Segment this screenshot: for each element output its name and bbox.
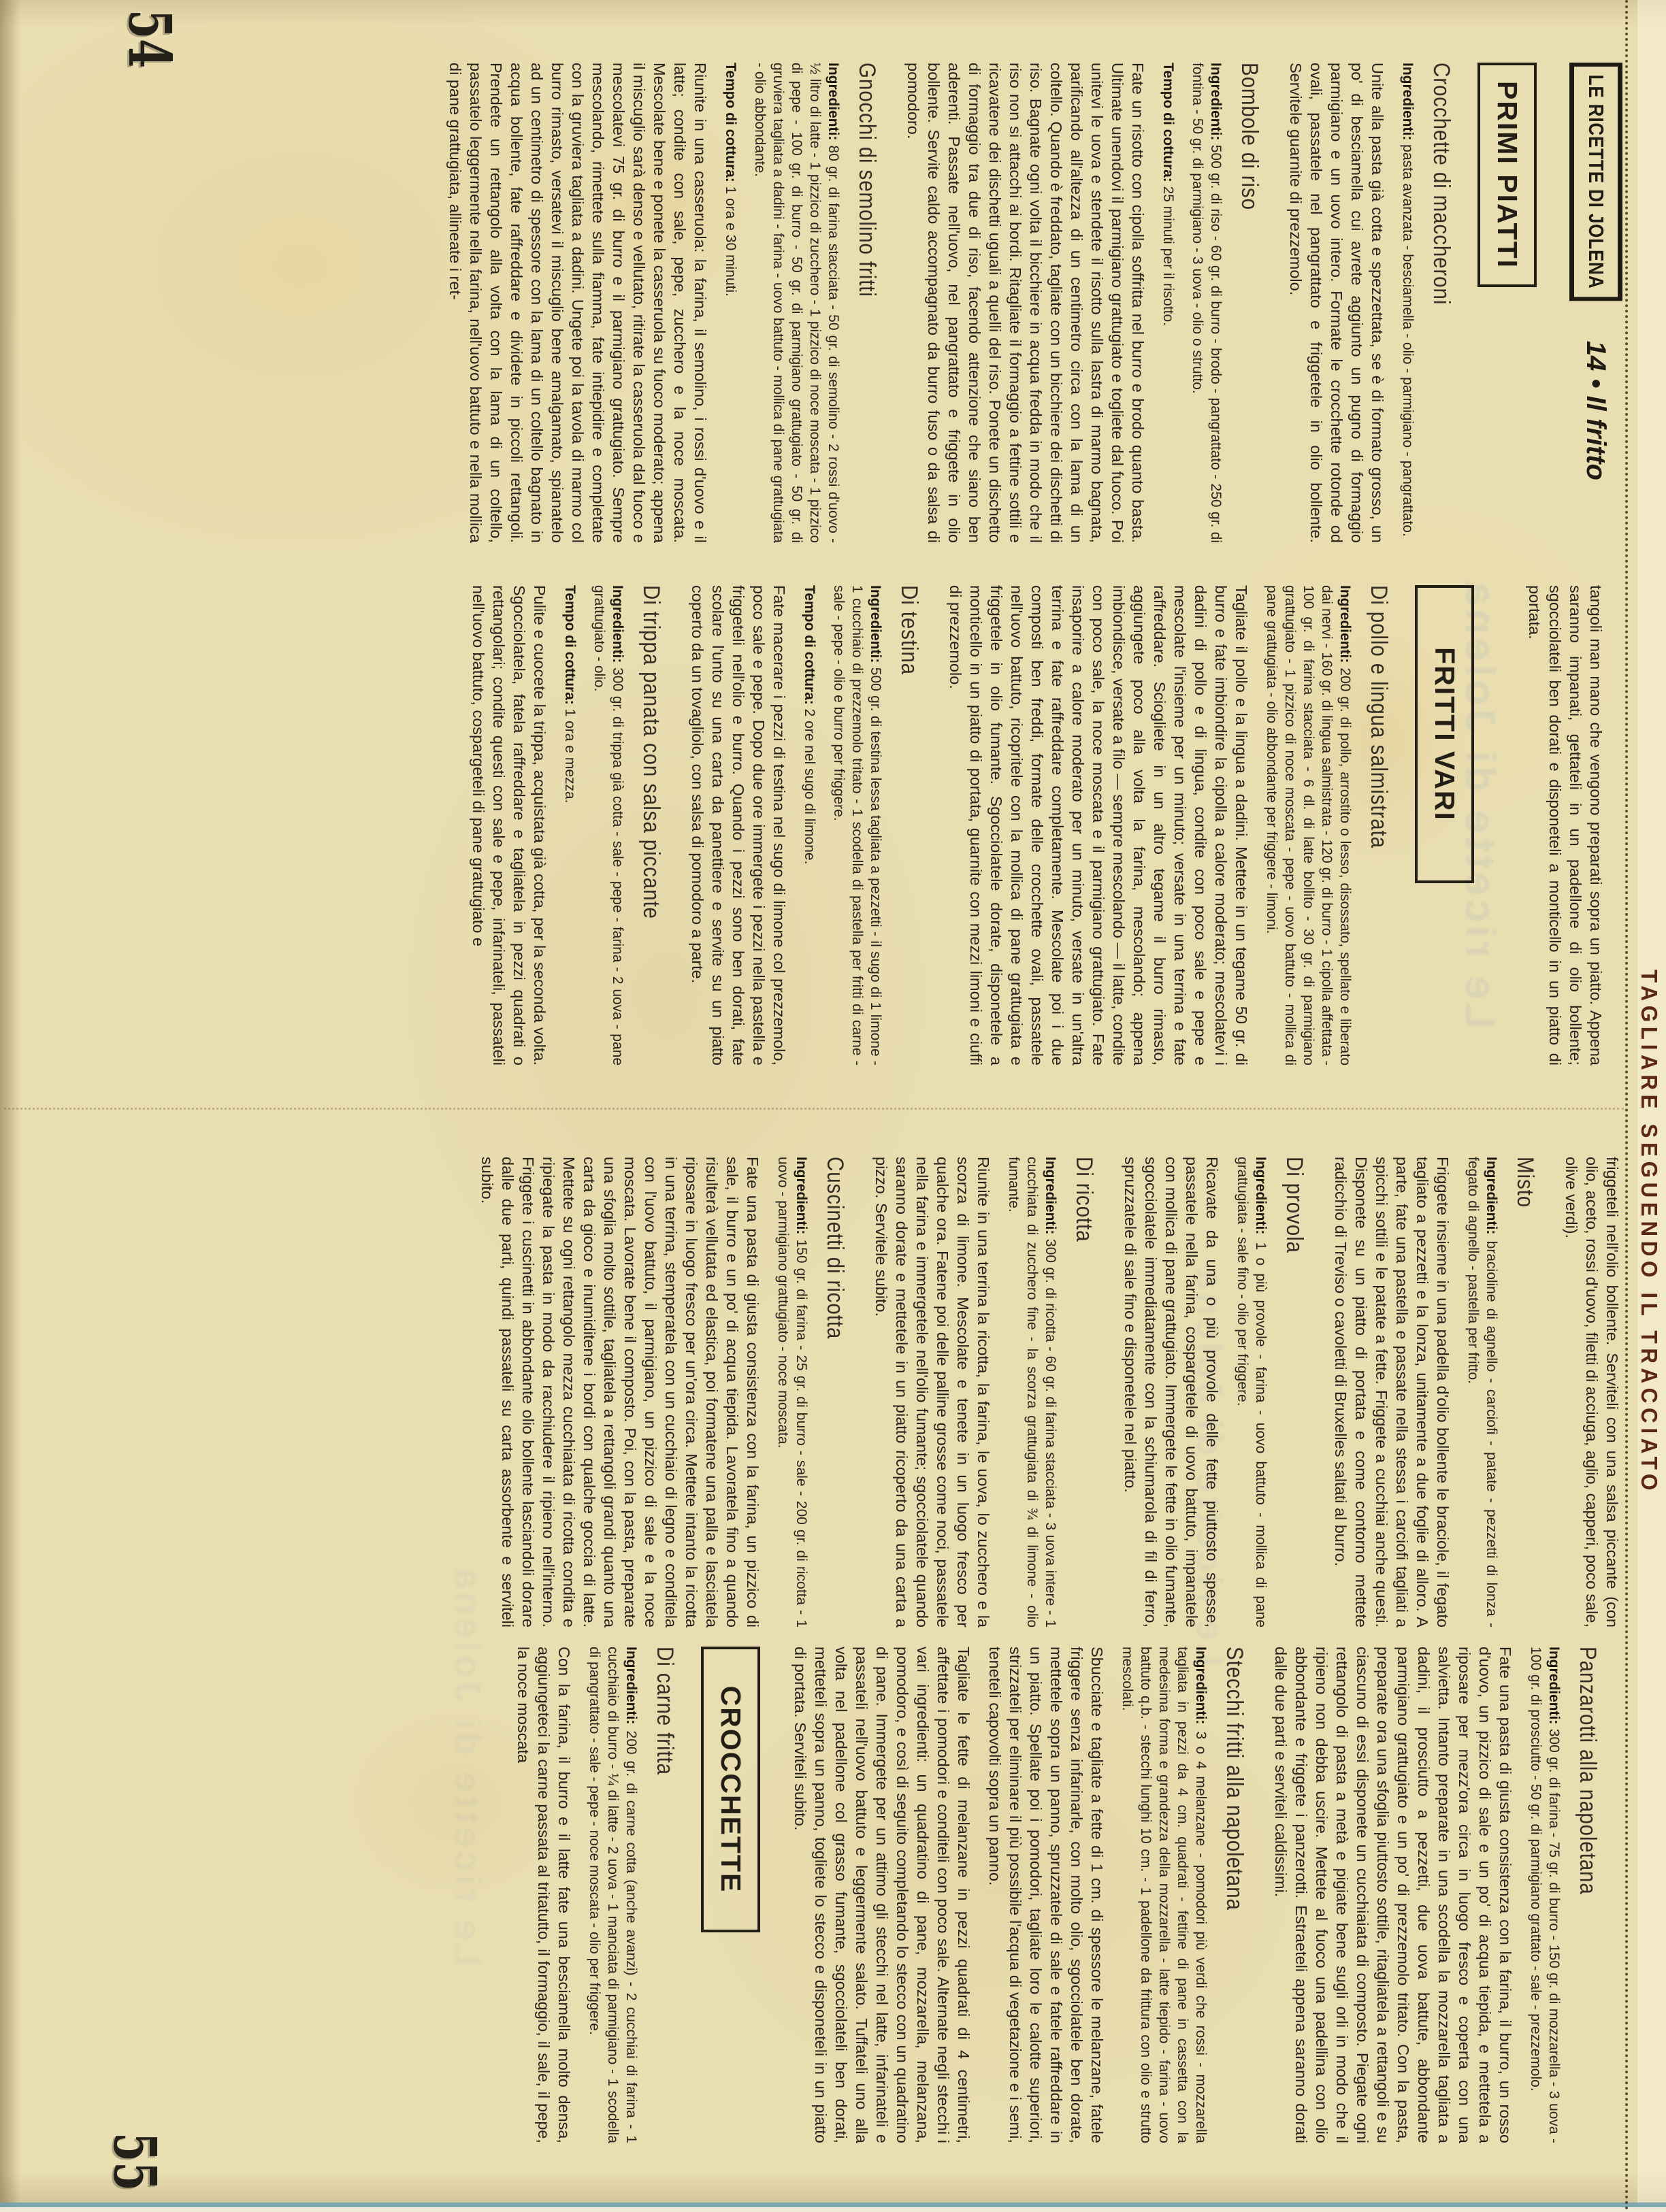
recipe-body-paragraph: Tagliate le fette di melanzane in pezzi … bbox=[790, 1647, 974, 2143]
recipe-body-paragraph: Fate macerare i pezzi di testina nel sug… bbox=[687, 585, 789, 1066]
recipe-title: Di carne fritta bbox=[651, 1647, 678, 2079]
recipe-body-paragraph: Ricavate da una o più provole delle fett… bbox=[1120, 1157, 1222, 1628]
recipe-title: Stecchi fritti alla napoletana bbox=[1221, 1647, 1247, 2079]
recipe-stecchi: Stecchi fritti alla napoletanaIngredient… bbox=[790, 1647, 1247, 2143]
page-number-54: 54 bbox=[115, 10, 184, 68]
recipe-spread-sheet: TAGLIARE SEGUENDO IL TRACCIATO Le ricett… bbox=[0, 0, 1666, 2212]
recipe-ingredients: Ingredienti: 1 o più provole - farina - … bbox=[1233, 1157, 1270, 1628]
recipe-title: Panzarotti alla napoletana bbox=[1574, 1647, 1601, 2079]
ingredients-label: Ingredienti: bbox=[610, 585, 625, 667]
recipe-body-paragraph: Fate un risotto con cipolla soffritta ne… bbox=[903, 63, 1148, 543]
recipe-cooking-time: Tempo di cottura: 1 ora e mezza. bbox=[561, 585, 579, 1066]
recipe-cooking-time: Tempo di cottura: 1 ora e 30 minuti. bbox=[721, 63, 740, 543]
recipe-ingredients: Ingredienti: 150 gr. di farina - 25 gr. … bbox=[774, 1157, 811, 1628]
recipe-body-paragraph: Riunite in una terrina la ricotta, la fa… bbox=[871, 1157, 994, 1628]
section-header-fritti-vari: FRITTI VARI bbox=[1415, 585, 1474, 883]
page-number-55: 55 bbox=[100, 2132, 169, 2191]
recipe-ingredients: Ingredienti: 200 gr. di pollo, arrostito… bbox=[1262, 585, 1354, 1066]
ingredients-label: Ingredienti: bbox=[1484, 1157, 1499, 1241]
recipe-body-paragraph: Riunite in una casseruola: la farina, il… bbox=[445, 63, 710, 543]
ingredients-label: Ingredienti: bbox=[1400, 63, 1416, 144]
column-1: LE RICETTE DI JOLENA14 • Il frittoPRIMI … bbox=[37, 63, 1622, 543]
recipe-title: Di pollo e lingua salmistrata bbox=[1365, 585, 1392, 1003]
recipe-misto: MistoIngredienti: bracioline di agnello … bbox=[1330, 1157, 1538, 1628]
recipe-body-paragraph: Con la farina, il burro e il latte fate … bbox=[513, 1647, 574, 2143]
magazine-banner: LE RICETTE DI JOLENA14 • Il fritto bbox=[1569, 63, 1622, 543]
recipe-title: Gnocchi di semolino fritti bbox=[853, 63, 880, 480]
recipe-body-continuation: tangoli man mano che vengono preparati s… bbox=[1524, 585, 1606, 1066]
cut-instruction-label: TAGLIARE SEGUENDO IL TRACCIATO bbox=[1636, 970, 1662, 1495]
recipe-ingredients: Ingredienti: 3 o 4 melanzane - pomodori … bbox=[1118, 1647, 1210, 2143]
cooking-time-label: Tempo di cottura: bbox=[802, 585, 817, 709]
ingredients-label: Ingredienti: bbox=[1337, 585, 1353, 667]
dotted-cut-line bbox=[1625, 0, 1628, 2212]
recipe-title: Bombole di riso bbox=[1236, 63, 1262, 480]
recipe-title: Di ricotta bbox=[1071, 1157, 1097, 1566]
recipe-carne-fritta: Di carne frittaIngredienti: 200 gr. di c… bbox=[513, 1647, 678, 2143]
recipe-body-paragraph: Fate una pasta di giusta consistenza con… bbox=[1271, 1647, 1516, 2143]
ingredients-label: Ingredienti: bbox=[1193, 1647, 1209, 1732]
recipe-body-paragraph: Pulite e cuocete la trippa, acquistata g… bbox=[468, 585, 550, 1066]
ingredients-label: Ingredienti: bbox=[1546, 1647, 1562, 1729]
ingredients-label: Ingredienti: bbox=[1208, 63, 1224, 145]
recipe-title: Misto bbox=[1512, 1157, 1538, 1566]
recipe-body-paragraph: Unite alla pasta già cotta e spezzettata… bbox=[1286, 63, 1388, 543]
recipe-testina: Di testinaIngredienti: 500 gr. di testin… bbox=[687, 585, 922, 1066]
column-3: friggeteli nell'olio bollente. Serviteli… bbox=[37, 1157, 1622, 1628]
recipe-pollo-lingua: Di pollo e lingua salmistrataIngredienti… bbox=[945, 585, 1392, 1066]
recipe-trippa: Di trippa panata con salsa piccanteIngre… bbox=[468, 585, 664, 1066]
ingredients-label: Ingredienti: bbox=[826, 63, 841, 146]
recipe-ingredients: Ingredienti: pasta avanzata - besciamell… bbox=[1399, 63, 1417, 543]
recipe-cooking-time: Tempo di cottura: 25 minuti per il risot… bbox=[1159, 63, 1177, 543]
recipe-ingredients: Ingredienti: 300 gr. di ricotta - 60 gr.… bbox=[1004, 1157, 1060, 1628]
banner-series-title: LE RICETTE DI JOLENA bbox=[1569, 63, 1622, 301]
recipe-ingredients: Ingredienti: 500 gr. di testina lessa ta… bbox=[830, 585, 885, 1066]
cooking-time-label: Tempo di cottura: bbox=[562, 585, 578, 709]
ingredients-label: Ingredienti: bbox=[623, 1647, 639, 1731]
column-4: Panzarotti alla napoletanaIngredienti: 3… bbox=[35, 1647, 1601, 2143]
recipe-body-paragraph: Friggete insieme in una padella d'olio b… bbox=[1330, 1157, 1453, 1628]
recipe-ingredients: Ingredienti: bracioline di agnello - car… bbox=[1464, 1157, 1501, 1628]
recipe-body-paragraph: Fate una pasta di giusta consistenza con… bbox=[477, 1157, 763, 1628]
recipe-title: Di testina bbox=[896, 585, 922, 1003]
scanned-magazine-page: { "page": { "magazine_header": { "series… bbox=[0, 0, 1666, 2212]
cooking-time-label: Tempo di cottura: bbox=[723, 63, 738, 186]
banner-issue-topic: 14 • Il fritto bbox=[1581, 341, 1612, 480]
recipe-body-paragraph: Tagliate il pollo e la lingua a dadini. … bbox=[945, 585, 1252, 1066]
recipe-title: Cuscinetti di ricotta bbox=[821, 1157, 848, 1566]
recipe-ingredients: Ingredienti: 80 gr. di farina stacciata … bbox=[751, 63, 843, 543]
recipe-body-continuation: friggeteli nell'olio bollente. Serviteli… bbox=[1561, 1157, 1622, 1628]
recipe-crocchette-maccheroni: Crocchette di maccheroniIngredienti: pas… bbox=[1286, 63, 1454, 543]
ingredients-label: Ingredienti: bbox=[1253, 1157, 1269, 1242]
recipe-ingredients: Ingredienti: 300 gr. di trippa già cotta… bbox=[590, 585, 627, 1066]
recipe-provola: Di provolaIngredienti: 1 o più provole -… bbox=[1120, 1157, 1307, 1628]
cooking-time-label: Tempo di cottura: bbox=[1160, 63, 1176, 186]
recipe-cooking-time: Tempo di cottura: 2 ore nel sugo di limo… bbox=[800, 585, 819, 1066]
recipe-title: Di provola bbox=[1281, 1157, 1307, 1566]
column-2: tangoli man mano che vengono preparati s… bbox=[34, 585, 1606, 1066]
recipe-ingredients: Ingredienti: 300 gr. di farina - 75 gr. … bbox=[1526, 1647, 1563, 2143]
center-fold-dotted-line bbox=[4, 1108, 1624, 1110]
ingredients-label: Ingredienti: bbox=[1043, 1157, 1058, 1239]
section-header-crocchette: CROCCHETTE bbox=[701, 1647, 760, 1932]
recipe-cuscinetti: Cuscinetti di ricottaIngredienti: 150 gr… bbox=[477, 1157, 848, 1628]
recipe-bombole-riso: Bombole di risoIngredienti: 500 gr. di r… bbox=[903, 63, 1262, 543]
recipe-panzarotti: Panzarotti alla napoletanaIngredienti: 3… bbox=[1271, 1647, 1601, 2143]
recipe-ricotta: Di ricottaIngredienti: 300 gr. di ricott… bbox=[871, 1157, 1097, 1628]
recipe-body-paragraph: Sbucciate e tagliate a fette di 1 cm. di… bbox=[985, 1647, 1107, 2143]
ingredients-label: Ingredienti: bbox=[794, 1157, 809, 1239]
recipe-title: Crocchette di maccheroni bbox=[1428, 63, 1454, 480]
recipe-ingredients: Ingredienti: 500 gr. di riso - 60 gr. di… bbox=[1188, 63, 1225, 543]
recipe-ingredients: Ingredienti: 200 gr. di carne cotta (anc… bbox=[585, 1647, 640, 2143]
recipe-title: Di trippa panata con salsa piccante bbox=[638, 585, 664, 1003]
recipe-gnocchi-semolino: Gnocchi di semolino frittiIngredienti: 8… bbox=[445, 63, 880, 543]
ingredients-label: Ingredienti: bbox=[868, 585, 883, 667]
section-header-primi-piatti: PRIMI PIATTI bbox=[1477, 63, 1537, 287]
